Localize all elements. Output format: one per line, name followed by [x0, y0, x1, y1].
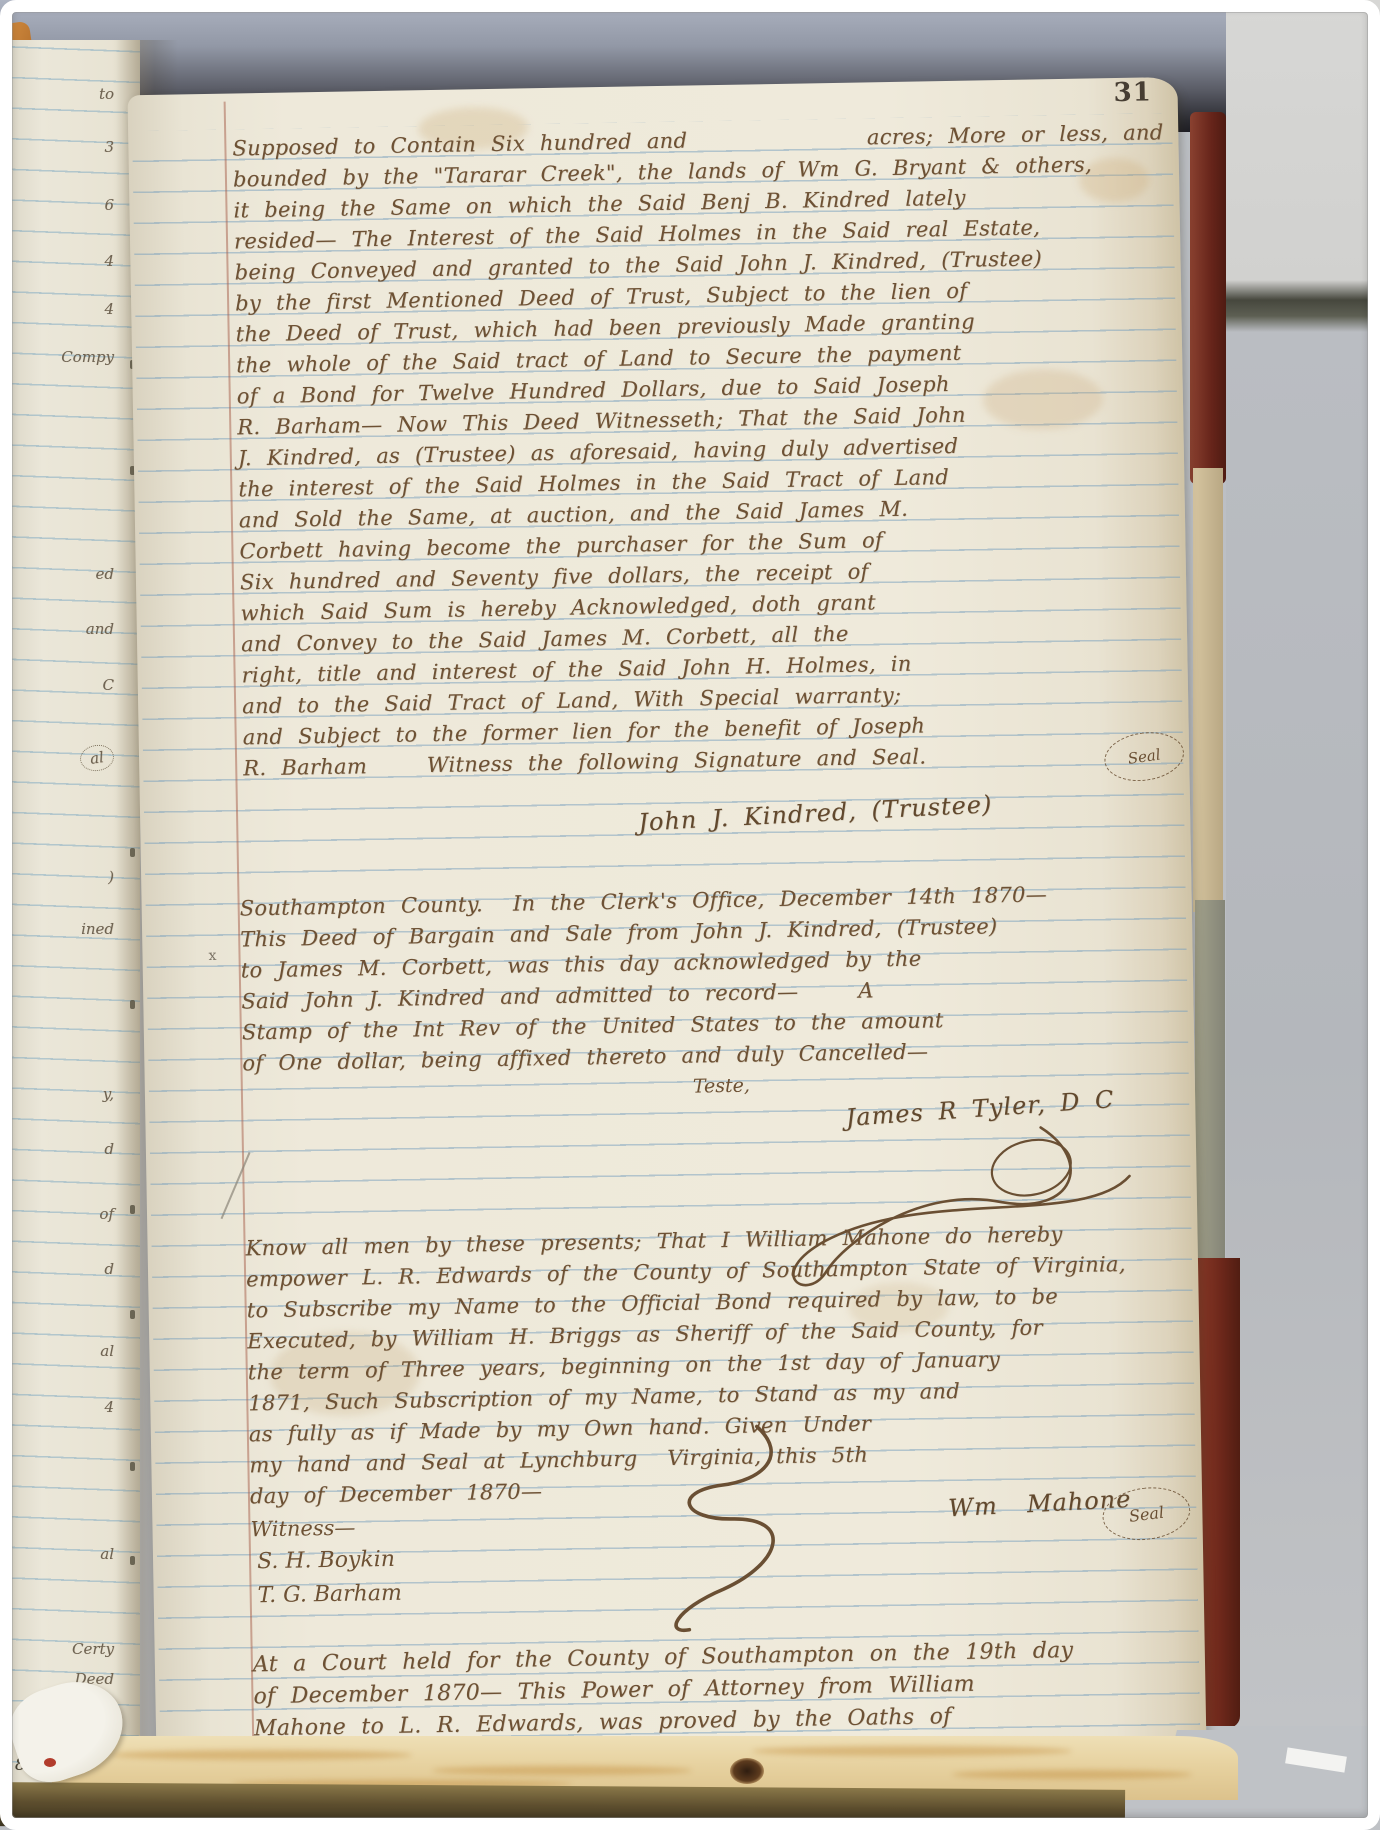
- left-page-text-fragment: 6: [104, 196, 114, 214]
- wood-knot: [730, 1758, 764, 1784]
- page-number: 31: [1113, 77, 1152, 108]
- wood-grain: [112, 1750, 412, 1760]
- wood-grain: [952, 1770, 1192, 1779]
- dark-wood-rail: [0, 1782, 1125, 1830]
- left-page-text-fragment: al: [100, 1342, 114, 1360]
- margin-x-mark: x: [208, 948, 216, 964]
- stitch-mark: [130, 1310, 135, 1319]
- mahone-seal-label: Seal: [1128, 1502, 1165, 1525]
- witness-label: Witness—: [250, 1516, 355, 1542]
- left-page-text-fragment: d: [104, 1260, 114, 1278]
- deed-entry: Supposed to Contain Six hundred and acre…: [232, 117, 1193, 784]
- left-page-text-fragment: C: [103, 676, 114, 694]
- left-page-text-fragment: to: [99, 85, 114, 103]
- ledger-page-31: 31 Supposed to Contain Six hundred and a…: [127, 77, 1206, 1767]
- stitch-mark: [130, 848, 135, 857]
- left-page-text-fragment: of: [99, 1205, 114, 1223]
- stitch-mark: [130, 1000, 135, 1009]
- left-page-text-fragment: 4: [104, 300, 114, 318]
- clerk-entry: Southampton County. In the Clerk's Offic…: [239, 877, 1202, 1080]
- left-page-text-fragment: d: [104, 1140, 114, 1158]
- left-page-text-fragment: and: [86, 620, 114, 638]
- witness-name-boykin: S. H. Boykin: [257, 1547, 395, 1574]
- left-page-text-fragment: y,: [103, 1085, 114, 1103]
- left-page-text-fragment: al: [100, 1545, 114, 1563]
- wood-grain: [432, 1766, 692, 1775]
- book-cover-edge-top: [1190, 112, 1226, 484]
- stitch-mark: [130, 1462, 135, 1471]
- ink-flourish: [639, 1421, 823, 1642]
- kindred-seal-label: Seal: [1127, 745, 1162, 767]
- stitch-mark: [130, 1205, 135, 1214]
- left-page-text-fragment: Compy: [61, 348, 114, 366]
- left-page-text-fragment: ed: [96, 565, 114, 583]
- stitch-mark: [130, 1556, 135, 1565]
- left-page-text-fragment: 3: [104, 138, 114, 156]
- teste-label: Teste,: [693, 1075, 751, 1098]
- left-page-text-fragment: ): [108, 868, 114, 886]
- background-right-wall: [1226, 0, 1380, 1830]
- photograph-of-ledger: to3644CompyedandCal)inedy,dofdal4alCerty…: [0, 0, 1380, 1830]
- wood-grain: [752, 1746, 1072, 1756]
- left-page-text-fragment: 4: [104, 252, 114, 270]
- left-page-text-fragment: ined: [81, 920, 114, 938]
- page-stack-edge: [1193, 468, 1223, 912]
- court-entry: At a Court held for the County of Southa…: [253, 1632, 1235, 1745]
- left-page-text-fragment: 4: [104, 1398, 114, 1416]
- left-page-text-fragment: Certy: [72, 1640, 114, 1658]
- red-cover-glimpse: [44, 1758, 56, 1767]
- witness-name-barham: T. G. Barham: [257, 1581, 402, 1609]
